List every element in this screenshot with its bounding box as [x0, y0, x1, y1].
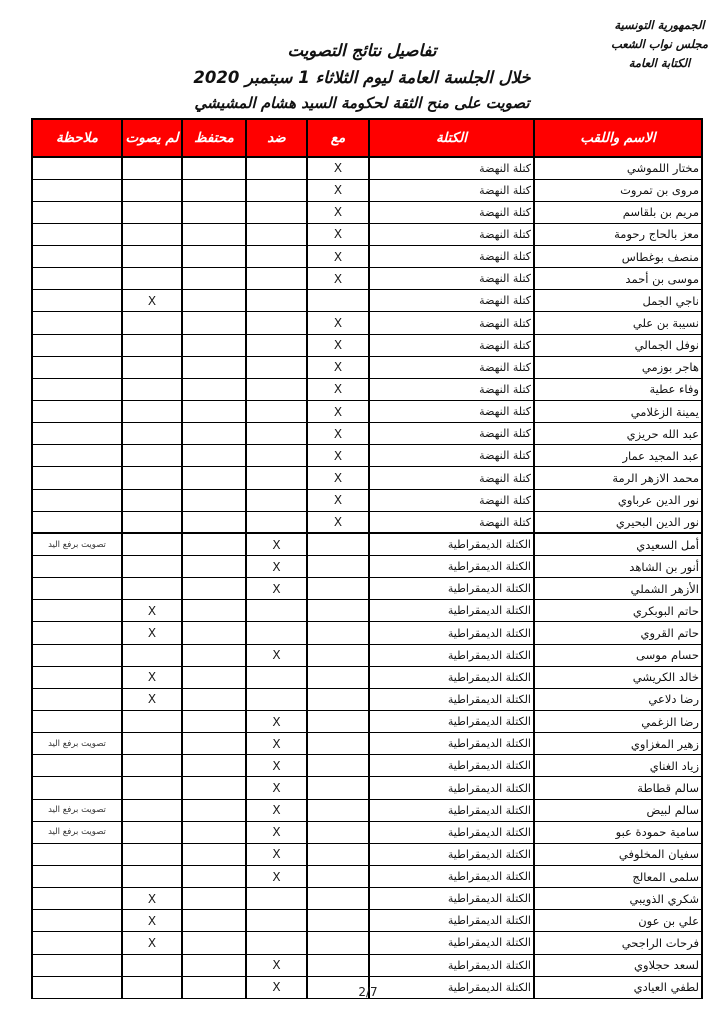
note-cell — [32, 511, 122, 533]
vote-against-cell — [246, 888, 307, 910]
vote-novote-cell — [122, 246, 182, 268]
vote-for-cell: X — [307, 401, 369, 423]
member-name-cell: خالد الكريشي — [534, 666, 702, 688]
vote-abstain-cell — [182, 179, 246, 201]
table-row: يمينة الزغلاميكتلة النهضةX — [32, 401, 702, 423]
vote-for-cell: X — [307, 223, 369, 245]
vote-abstain-cell — [182, 489, 246, 511]
vote-novote-cell — [122, 201, 182, 223]
table-row: سالم قطاطةالكتلة الديمقراطيةX — [32, 777, 702, 799]
note-cell — [32, 954, 122, 976]
table-row: سلمى المعالجالكتلة الديمقراطيةX — [32, 866, 702, 888]
vote-against-cell — [246, 622, 307, 644]
vote-abstain-cell — [182, 777, 246, 799]
table-row: أمل السعيديالكتلة الديمقراطيةXتصويت برفع… — [32, 533, 702, 555]
bloc-cell: كتلة النهضة — [369, 378, 534, 400]
table-row: علي بن عونالكتلة الديمقراطيةX — [32, 910, 702, 932]
vote-against-cell: X — [246, 866, 307, 888]
vote-abstain-cell — [182, 312, 246, 334]
note-cell — [32, 334, 122, 356]
vote-for-cell — [307, 821, 369, 843]
vote-against-cell — [246, 910, 307, 932]
vote-against-cell — [246, 511, 307, 533]
member-name-cell: سالم قطاطة — [534, 777, 702, 799]
table-row: خالد الكريشيالكتلة الديمقراطيةX — [32, 666, 702, 688]
title-line-1: تفاصيل نتائج التصويت — [0, 38, 724, 64]
vote-novote-cell — [122, 401, 182, 423]
member-name-cell: مريم بن بلقاسم — [534, 201, 702, 223]
table-row: أنور بن الشاهدالكتلة الديمقراطيةX — [32, 556, 702, 578]
vote-for-cell — [307, 733, 369, 755]
bloc-cell: كتلة النهضة — [369, 334, 534, 356]
vote-for-cell: X — [307, 467, 369, 489]
bloc-cell: كتلة النهضة — [369, 401, 534, 423]
table-row: رضا دلاعيالكتلة الديمقراطيةX — [32, 688, 702, 710]
member-name-cell: زهير المغزاوي — [534, 733, 702, 755]
vote-abstain-cell — [182, 821, 246, 843]
vote-abstain-cell — [182, 666, 246, 688]
vote-novote-cell: X — [122, 888, 182, 910]
vote-abstain-cell — [182, 932, 246, 954]
member-name-cell: فرحات الراجحي — [534, 932, 702, 954]
vote-against-cell — [246, 223, 307, 245]
bloc-cell: الكتلة الديمقراطية — [369, 688, 534, 710]
note-cell — [32, 467, 122, 489]
note-cell — [32, 246, 122, 268]
vote-novote-cell — [122, 777, 182, 799]
vote-against-cell: X — [246, 799, 307, 821]
vote-for-cell: X — [307, 179, 369, 201]
vote-novote-cell — [122, 511, 182, 533]
table-row: حاتم القرويالكتلة الديمقراطيةX — [32, 622, 702, 644]
note-cell — [32, 755, 122, 777]
vote-against-cell — [246, 600, 307, 622]
vote-novote-cell — [122, 489, 182, 511]
vote-novote-cell — [122, 223, 182, 245]
vote-for-cell: X — [307, 157, 369, 179]
table-row: نوفل الجماليكتلة النهضةX — [32, 334, 702, 356]
note-cell — [32, 888, 122, 910]
vote-abstain-cell — [182, 578, 246, 600]
table-row: نور الدين عرباويكتلة النهضةX — [32, 489, 702, 511]
bloc-cell: كتلة النهضة — [369, 179, 534, 201]
bloc-cell: الكتلة الديمقراطية — [369, 821, 534, 843]
member-name-cell: حاتم البوبكري — [534, 600, 702, 622]
bloc-cell: الكتلة الديمقراطية — [369, 600, 534, 622]
member-name-cell: شكري الذويبي — [534, 888, 702, 910]
vote-table-body: مختار اللموشيكتلة النهضةXمروى بن تمروتكت… — [32, 157, 702, 998]
vote-for-cell: X — [307, 489, 369, 511]
vote-for-cell — [307, 688, 369, 710]
bloc-cell: كتلة النهضة — [369, 246, 534, 268]
letterhead-republic: الجمهورية التونسية — [611, 16, 708, 35]
vote-against-cell — [246, 688, 307, 710]
vote-against-cell — [246, 268, 307, 290]
note-cell — [32, 666, 122, 688]
member-name-cell: نور الدين البحيري — [534, 511, 702, 533]
vote-for-cell — [307, 910, 369, 932]
member-name-cell: سلمى المعالج — [534, 866, 702, 888]
vote-abstain-cell — [182, 843, 246, 865]
vote-novote-cell: X — [122, 666, 182, 688]
member-name-cell: زياد الغناي — [534, 755, 702, 777]
vote-novote-cell — [122, 467, 182, 489]
table-row: الأزهر الشمليالكتلة الديمقراطيةX — [32, 578, 702, 600]
vote-against-cell — [246, 666, 307, 688]
vote-for-cell — [307, 799, 369, 821]
member-name-cell: نور الدين عرباوي — [534, 489, 702, 511]
member-name-cell: محمد الازهر الرمة — [534, 467, 702, 489]
vote-for-cell — [307, 622, 369, 644]
table-row: سالم لبيضالكتلة الديمقراطيةXتصويت برفع ا… — [32, 799, 702, 821]
title-line-2: خلال الجلسة العامة ليوم الثلاثاء 1 سبتمب… — [0, 64, 724, 91]
vote-abstain-cell — [182, 157, 246, 179]
header-note: ملاحظة — [32, 119, 122, 157]
note-cell — [32, 578, 122, 600]
vote-abstain-cell — [182, 356, 246, 378]
note-cell — [32, 157, 122, 179]
vote-abstain-cell — [182, 511, 246, 533]
bloc-cell: كتلة النهضة — [369, 157, 534, 179]
vote-against-cell — [246, 201, 307, 223]
note-cell — [32, 600, 122, 622]
vote-against-cell — [246, 423, 307, 445]
note-cell — [32, 445, 122, 467]
vote-novote-cell — [122, 533, 182, 555]
vote-for-cell: X — [307, 378, 369, 400]
member-name-cell: نسيبة بن علي — [534, 312, 702, 334]
member-name-cell: حسام موسى — [534, 644, 702, 666]
vote-for-cell: X — [307, 312, 369, 334]
table-row: منصف بوغطاسكتلة النهضةX — [32, 246, 702, 268]
vote-abstain-cell — [182, 533, 246, 555]
vote-novote-cell — [122, 821, 182, 843]
vote-against-cell — [246, 378, 307, 400]
table-row: وفاء عطيةكتلة النهضةX — [32, 378, 702, 400]
vote-abstain-cell — [182, 888, 246, 910]
vote-novote-cell — [122, 843, 182, 865]
vote-novote-cell: X — [122, 932, 182, 954]
vote-for-cell — [307, 533, 369, 555]
vote-against-cell: X — [246, 843, 307, 865]
vote-abstain-cell — [182, 622, 246, 644]
vote-for-cell — [307, 843, 369, 865]
member-name-cell: معز بالحاج رحومة — [534, 223, 702, 245]
table-row: فرحات الراجحيالكتلة الديمقراطيةX — [32, 932, 702, 954]
vote-abstain-cell — [182, 556, 246, 578]
member-name-cell: رضا الزغمي — [534, 711, 702, 733]
vote-against-cell — [246, 356, 307, 378]
vote-novote-cell — [122, 378, 182, 400]
table-row: مروى بن تمروتكتلة النهضةX — [32, 179, 702, 201]
note-cell — [32, 378, 122, 400]
bloc-cell: الكتلة الديمقراطية — [369, 622, 534, 644]
vote-against-cell — [246, 179, 307, 201]
vote-novote-cell — [122, 556, 182, 578]
vote-novote-cell — [122, 334, 182, 356]
note-cell — [32, 866, 122, 888]
vote-against-cell: X — [246, 821, 307, 843]
bloc-cell: الكتلة الديمقراطية — [369, 533, 534, 555]
vote-novote-cell — [122, 423, 182, 445]
bloc-cell: الكتلة الديمقراطية — [369, 932, 534, 954]
table-row: هاجر بوزميكتلة النهضةX — [32, 356, 702, 378]
note-cell — [32, 423, 122, 445]
note-cell — [32, 356, 122, 378]
vote-abstain-cell — [182, 644, 246, 666]
vote-novote-cell: X — [122, 688, 182, 710]
vote-for-cell — [307, 755, 369, 777]
member-name-cell: ناجي الجمل — [534, 290, 702, 312]
note-cell — [32, 201, 122, 223]
bloc-cell: الكتلة الديمقراطية — [369, 910, 534, 932]
vote-novote-cell: X — [122, 622, 182, 644]
bloc-cell: الكتلة الديمقراطية — [369, 644, 534, 666]
member-name-cell: علي بن عون — [534, 910, 702, 932]
vote-against-cell: X — [246, 533, 307, 555]
member-name-cell: أنور بن الشاهد — [534, 556, 702, 578]
member-name-cell: سالم لبيض — [534, 799, 702, 821]
table-row: عبد المجيد عماركتلة النهضةX — [32, 445, 702, 467]
vote-abstain-cell — [182, 755, 246, 777]
member-name-cell: رضا دلاعي — [534, 688, 702, 710]
vote-results-table: الاسم واللقب الكتلة مع ضد محتفظ لم يصوت … — [31, 118, 703, 999]
note-cell — [32, 910, 122, 932]
vote-against-cell: X — [246, 755, 307, 777]
vote-novote-cell — [122, 268, 182, 290]
note-cell: تصويت برفع اليد — [32, 733, 122, 755]
bloc-cell: كتلة النهضة — [369, 356, 534, 378]
vote-for-cell — [307, 777, 369, 799]
vote-against-cell: X — [246, 733, 307, 755]
table-row: مريم بن بلقاسمكتلة النهضةX — [32, 201, 702, 223]
vote-for-cell — [307, 290, 369, 312]
note-cell — [32, 489, 122, 511]
note-cell — [32, 268, 122, 290]
note-cell — [32, 401, 122, 423]
note-cell — [32, 843, 122, 865]
vote-against-cell — [246, 489, 307, 511]
vote-against-cell — [246, 932, 307, 954]
member-name-cell: يمينة الزغلامي — [534, 401, 702, 423]
vote-novote-cell — [122, 711, 182, 733]
vote-for-cell — [307, 888, 369, 910]
vote-novote-cell: X — [122, 290, 182, 312]
table-row: معز بالحاج رحومةكتلة النهضةX — [32, 223, 702, 245]
table-row: زياد الغنايالكتلة الديمقراطيةX — [32, 755, 702, 777]
header-for: مع — [307, 119, 369, 157]
table-row: لسعد حجلاويالكتلة الديمقراطيةX — [32, 954, 702, 976]
vote-against-cell — [246, 445, 307, 467]
vote-against-cell: X — [246, 777, 307, 799]
note-cell — [32, 777, 122, 799]
bloc-cell: كتلة النهضة — [369, 268, 534, 290]
bloc-cell: الكتلة الديمقراطية — [369, 954, 534, 976]
bloc-cell: الكتلة الديمقراطية — [369, 866, 534, 888]
vote-for-cell: X — [307, 246, 369, 268]
vote-novote-cell — [122, 157, 182, 179]
vote-novote-cell — [122, 644, 182, 666]
member-name-cell: موسى بن أحمد — [534, 268, 702, 290]
vote-for-cell — [307, 866, 369, 888]
vote-for-cell — [307, 932, 369, 954]
bloc-cell: كتلة النهضة — [369, 223, 534, 245]
vote-novote-cell: X — [122, 910, 182, 932]
note-cell: تصويت برفع اليد — [32, 799, 122, 821]
vote-abstain-cell — [182, 799, 246, 821]
vote-abstain-cell — [182, 600, 246, 622]
vote-abstain-cell — [182, 223, 246, 245]
vote-novote-cell — [122, 179, 182, 201]
vote-novote-cell: X — [122, 600, 182, 622]
vote-for-cell — [307, 578, 369, 600]
vote-against-cell — [246, 312, 307, 334]
note-cell: تصويت برفع اليد — [32, 533, 122, 555]
header-against: ضد — [246, 119, 307, 157]
note-cell — [32, 312, 122, 334]
page-number: 2/7 — [33, 985, 703, 999]
vote-against-cell — [246, 401, 307, 423]
header-abstain: محتفظ — [182, 119, 246, 157]
vote-against-cell — [246, 246, 307, 268]
member-name-cell: عبد المجيد عمار — [534, 445, 702, 467]
table-row: نسيبة بن عليكتلة النهضةX — [32, 312, 702, 334]
vote-abstain-cell — [182, 866, 246, 888]
vote-for-cell: X — [307, 334, 369, 356]
note-cell: تصويت برفع اليد — [32, 821, 122, 843]
vote-for-cell — [307, 600, 369, 622]
vote-abstain-cell — [182, 378, 246, 400]
bloc-cell: الكتلة الديمقراطية — [369, 799, 534, 821]
member-name-cell: عبد الله حريزي — [534, 423, 702, 445]
table-row: سامية حمودة عبوالكتلة الديمقراطيةXتصويت … — [32, 821, 702, 843]
member-name-cell: لسعد حجلاوي — [534, 954, 702, 976]
bloc-cell: الكتلة الديمقراطية — [369, 733, 534, 755]
vote-against-cell: X — [246, 644, 307, 666]
member-name-cell: وفاء عطية — [534, 378, 702, 400]
bloc-cell: كتلة النهضة — [369, 290, 534, 312]
vote-novote-cell — [122, 733, 182, 755]
vote-against-cell — [246, 467, 307, 489]
table-row: رضا الزغميالكتلة الديمقراطيةX — [32, 711, 702, 733]
table-row: شكري الذويبيالكتلة الديمقراطيةX — [32, 888, 702, 910]
table-row: مختار اللموشيكتلة النهضةX — [32, 157, 702, 179]
vote-abstain-cell — [182, 910, 246, 932]
table-row: محمد الازهر الرمةكتلة النهضةX — [32, 467, 702, 489]
vote-for-cell — [307, 666, 369, 688]
vote-against-cell — [246, 157, 307, 179]
bloc-cell: الكتلة الديمقراطية — [369, 711, 534, 733]
vote-abstain-cell — [182, 334, 246, 356]
vote-abstain-cell — [182, 246, 246, 268]
vote-abstain-cell — [182, 445, 246, 467]
note-cell — [32, 223, 122, 245]
vote-abstain-cell — [182, 467, 246, 489]
table-row: حاتم البوبكريالكتلة الديمقراطيةX — [32, 600, 702, 622]
bloc-cell: كتلة النهضة — [369, 201, 534, 223]
vote-for-cell: X — [307, 445, 369, 467]
table-row: نور الدين البحيريكتلة النهضةX — [32, 511, 702, 533]
note-cell — [32, 622, 122, 644]
member-name-cell: حاتم القروي — [534, 622, 702, 644]
member-name-cell: هاجر بوزمي — [534, 356, 702, 378]
bloc-cell: الكتلة الديمقراطية — [369, 556, 534, 578]
header-no-vote: لم يصوت — [122, 119, 182, 157]
bloc-cell: الكتلة الديمقراطية — [369, 777, 534, 799]
vote-abstain-cell — [182, 401, 246, 423]
bloc-cell: الكتلة الديمقراطية — [369, 755, 534, 777]
vote-for-cell — [307, 954, 369, 976]
table-row: حسام موسىالكتلة الديمقراطيةX — [32, 644, 702, 666]
bloc-cell: الكتلة الديمقراطية — [369, 666, 534, 688]
note-cell — [32, 556, 122, 578]
bloc-cell: الكتلة الديمقراطية — [369, 578, 534, 600]
vote-abstain-cell — [182, 290, 246, 312]
bloc-cell: الكتلة الديمقراطية — [369, 888, 534, 910]
document-title: تفاصيل نتائج التصويت خلال الجلسة العامة … — [0, 38, 724, 116]
vote-novote-cell — [122, 312, 182, 334]
note-cell — [32, 932, 122, 954]
vote-against-cell: X — [246, 578, 307, 600]
vote-for-cell: X — [307, 356, 369, 378]
header-bloc: الكتلة — [369, 119, 534, 157]
bloc-cell: كتلة النهضة — [369, 445, 534, 467]
table-row: عبد الله حريزيكتلة النهضةX — [32, 423, 702, 445]
vote-abstain-cell — [182, 711, 246, 733]
member-name-cell: مروى بن تمروت — [534, 179, 702, 201]
vote-against-cell: X — [246, 556, 307, 578]
vote-novote-cell — [122, 578, 182, 600]
vote-for-cell: X — [307, 511, 369, 533]
note-cell — [32, 179, 122, 201]
member-name-cell: الأزهر الشملي — [534, 578, 702, 600]
vote-for-cell — [307, 556, 369, 578]
bloc-cell: كتلة النهضة — [369, 467, 534, 489]
bloc-cell: الكتلة الديمقراطية — [369, 843, 534, 865]
vote-against-cell — [246, 290, 307, 312]
vote-against-cell: X — [246, 711, 307, 733]
vote-novote-cell — [122, 445, 182, 467]
vote-novote-cell — [122, 954, 182, 976]
table-row: ناجي الجملكتلة النهضةX — [32, 290, 702, 312]
member-name-cell: نوفل الجمالي — [534, 334, 702, 356]
vote-for-cell: X — [307, 201, 369, 223]
vote-against-cell — [246, 334, 307, 356]
member-name-cell: مختار اللموشي — [534, 157, 702, 179]
vote-abstain-cell — [182, 688, 246, 710]
vote-abstain-cell — [182, 201, 246, 223]
bloc-cell: كتلة النهضة — [369, 423, 534, 445]
table-row: موسى بن أحمدكتلة النهضةX — [32, 268, 702, 290]
vote-for-cell: X — [307, 268, 369, 290]
vote-novote-cell — [122, 866, 182, 888]
bloc-cell: كتلة النهضة — [369, 312, 534, 334]
vote-novote-cell — [122, 799, 182, 821]
vote-abstain-cell — [182, 733, 246, 755]
vote-novote-cell — [122, 356, 182, 378]
member-name-cell: منصف بوغطاس — [534, 246, 702, 268]
vote-for-cell — [307, 644, 369, 666]
vote-abstain-cell — [182, 423, 246, 445]
table-row: سفيان المخلوفيالكتلة الديمقراطيةX — [32, 843, 702, 865]
table-header-row: الاسم واللقب الكتلة مع ضد محتفظ لم يصوت … — [32, 119, 702, 157]
table-row: زهير المغزاويالكتلة الديمقراطيةXتصويت بر… — [32, 733, 702, 755]
bloc-cell: كتلة النهضة — [369, 489, 534, 511]
vote-against-cell: X — [246, 954, 307, 976]
bloc-cell: كتلة النهضة — [369, 511, 534, 533]
note-cell — [32, 688, 122, 710]
member-name-cell: أمل السعيدي — [534, 533, 702, 555]
